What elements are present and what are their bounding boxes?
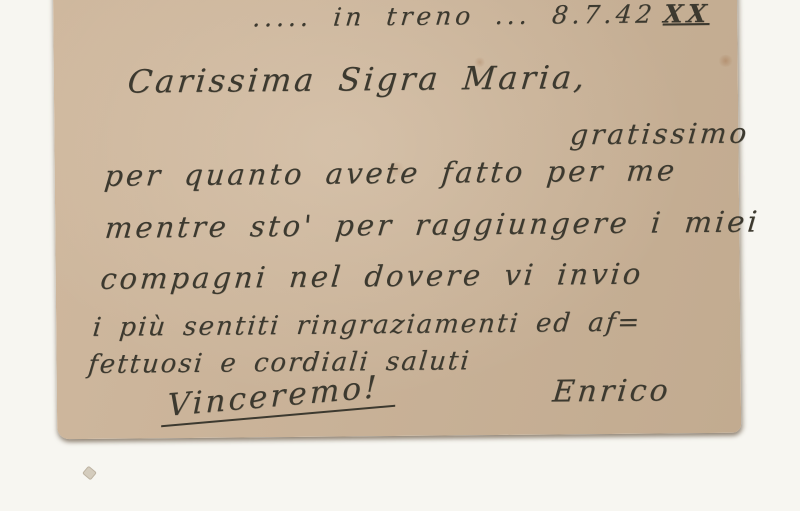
signature: Enrico [551, 373, 672, 409]
body-line-2: mentre sto' per raggiungere i miei [103, 205, 761, 245]
body-line-gratissimo: gratissimo [569, 117, 751, 152]
salutation-line: Carissima Sigra Maria, [126, 58, 589, 100]
body-line-5: fettuosi e cordiali saluti [87, 346, 472, 380]
dateline-text: ..... in treno ... 8.7.42 [251, 0, 657, 32]
dateline-era-year: XX [662, 0, 712, 28]
dateline: ..... in treno ... 8.7.42XX [251, 0, 711, 32]
body-line-4: i più sentiti ringraziamenti ed af= [91, 308, 642, 343]
paper-speck [82, 466, 97, 481]
scanned-image: ..... in treno ... 8.7.42XX Carissima Si… [0, 0, 800, 511]
postcard: ..... in treno ... 8.7.42XX Carissima Si… [53, 0, 741, 439]
body-line-1: per quanto avete fatto per me [103, 153, 679, 193]
paper-stain [718, 55, 734, 67]
body-line-3: compagni nel dovere vi invio [99, 257, 645, 296]
